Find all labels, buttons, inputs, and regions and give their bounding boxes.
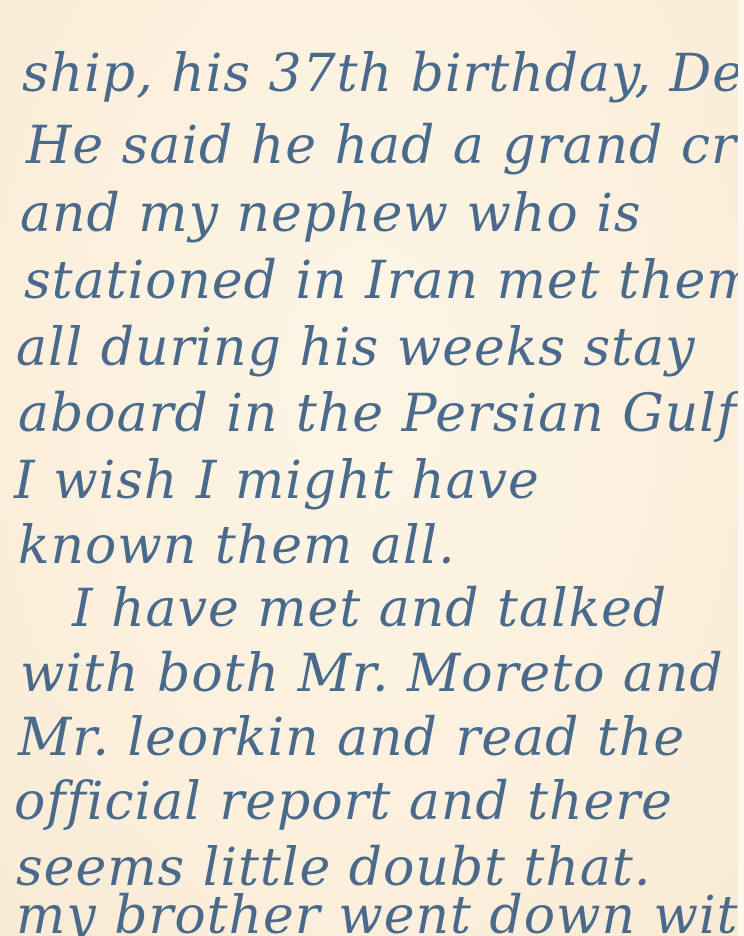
letter-line: official report and there bbox=[14, 776, 673, 828]
letter-page: ship, his 37th birthday, Dec. 24th He sa… bbox=[0, 0, 738, 936]
page-edge bbox=[738, 0, 744, 936]
letter-line: I wish I might have bbox=[14, 455, 540, 507]
letter-line: with both Mr. Moreto and bbox=[20, 648, 724, 700]
letter-line: I have met and talked bbox=[72, 583, 667, 635]
letter-line: Mr. leorkin and read the bbox=[18, 712, 685, 764]
letter-line: ship, his 37th birthday, Dec. 24th bbox=[22, 48, 744, 100]
letter-line: stationed in Iran met them bbox=[24, 255, 744, 307]
letter-line: all during his weeks stay bbox=[16, 322, 695, 374]
letter-line: He said he had a grand crew bbox=[26, 120, 744, 172]
letter-line: known them all. bbox=[18, 520, 456, 572]
letter-line: aboard in the Persian Gulf. bbox=[18, 388, 744, 440]
letter-line: and my nephew who is bbox=[20, 188, 642, 240]
letter-line: my brother went down with bbox=[16, 890, 744, 936]
